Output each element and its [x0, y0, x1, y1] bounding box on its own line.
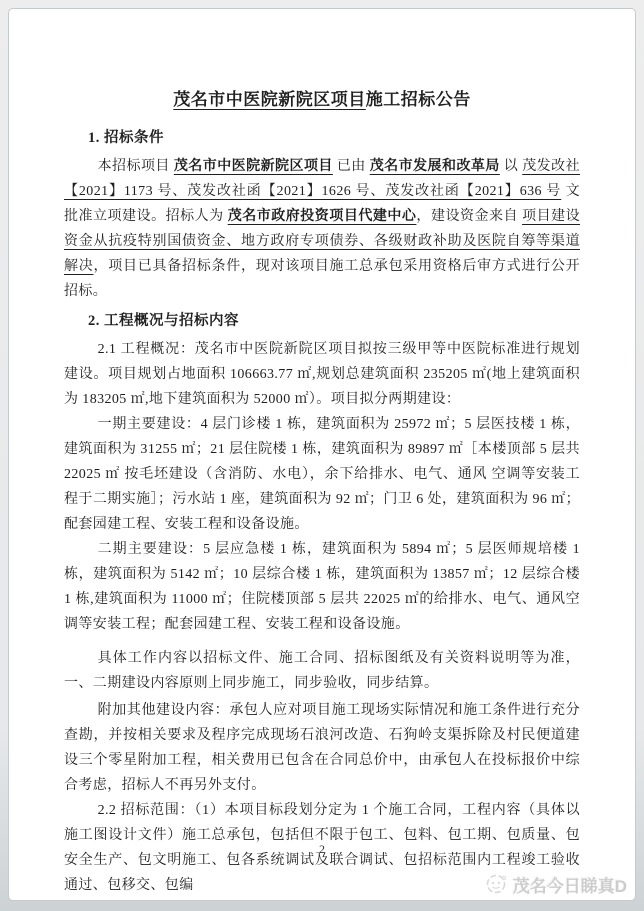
document-title: 茂名市中医院新院区项目施工招标公告 — [64, 85, 580, 110]
title-plain-part: 施工招标公告 — [366, 90, 471, 109]
run-text: 本招标项目 — [98, 159, 174, 174]
phase-2-paragraph: 二期主要建设：5 层应急楼 1 栋，建筑面积为 5894 ㎡；5 层医师规培楼 … — [64, 537, 580, 637]
watermark-label: 茂名今日睇真D — [513, 872, 627, 897]
run-text: 已由 — [333, 159, 370, 174]
phase-1-paragraph: 一期主要建设：4 层门诊楼 1 栋，建筑面积为 25972 ㎡；5 层医技楼 1… — [64, 412, 580, 537]
document-page: 茂名市中医院新院区项目施工招标公告 1. 招标条件 本招标项目 茂名市中医院新院… — [8, 8, 636, 901]
additional-construction-paragraph: 附加其他建设内容：承包人应对项目施工现场实际情况和施工条件进行充分查勘，并按相关… — [64, 698, 580, 798]
document-content: 茂名市中医院新院区项目施工招标公告 1. 招标条件 本招标项目 茂名市中医院新院… — [64, 85, 580, 898]
project-overview-paragraph: 2.1 工程概况：茂名市中医院新院区项目拟按三级甲等中医院标准进行规划建设。项目… — [64, 337, 580, 412]
section-2-heading: 2. 工程概况与招标内容 — [64, 309, 580, 334]
screenshot-canvas: { "document": { "title": { "underlined":… — [0, 0, 644, 911]
work-content-note-paragraph: 具体工作内容以招标文件、施工合同、招标图纸及有关资料说明等为准，一、二期建设内容… — [64, 646, 580, 696]
run-text: ，项目已具备招标条件，现对该项目施工总承包采用资格后审方式进行公开招标。 — [64, 259, 580, 299]
watermark: 茂名今日睇真D — [483, 871, 627, 897]
bidding-conditions-paragraph: 本招标项目 茂名市中医院新院区项目 已由 茂名市发展和改革局 以 茂发改社【20… — [64, 154, 580, 304]
run-text: 以 — [500, 159, 522, 174]
section-1-heading: 1. 招标条件 — [64, 126, 580, 151]
run-project-name: 茂名市中医院新院区项目 — [174, 159, 333, 174]
scribble-logo-icon — [483, 871, 509, 897]
run-text: ，建设资金来自 — [416, 209, 522, 224]
run-tenderer-name: 茂名市政府投资项目代建中心 — [228, 209, 417, 224]
run-approval-authority: 茂名市发展和改革局 — [370, 159, 500, 174]
title-underlined-part: 茂名市中医院新院区项目 — [173, 90, 366, 109]
page-number: 2 — [9, 842, 635, 857]
